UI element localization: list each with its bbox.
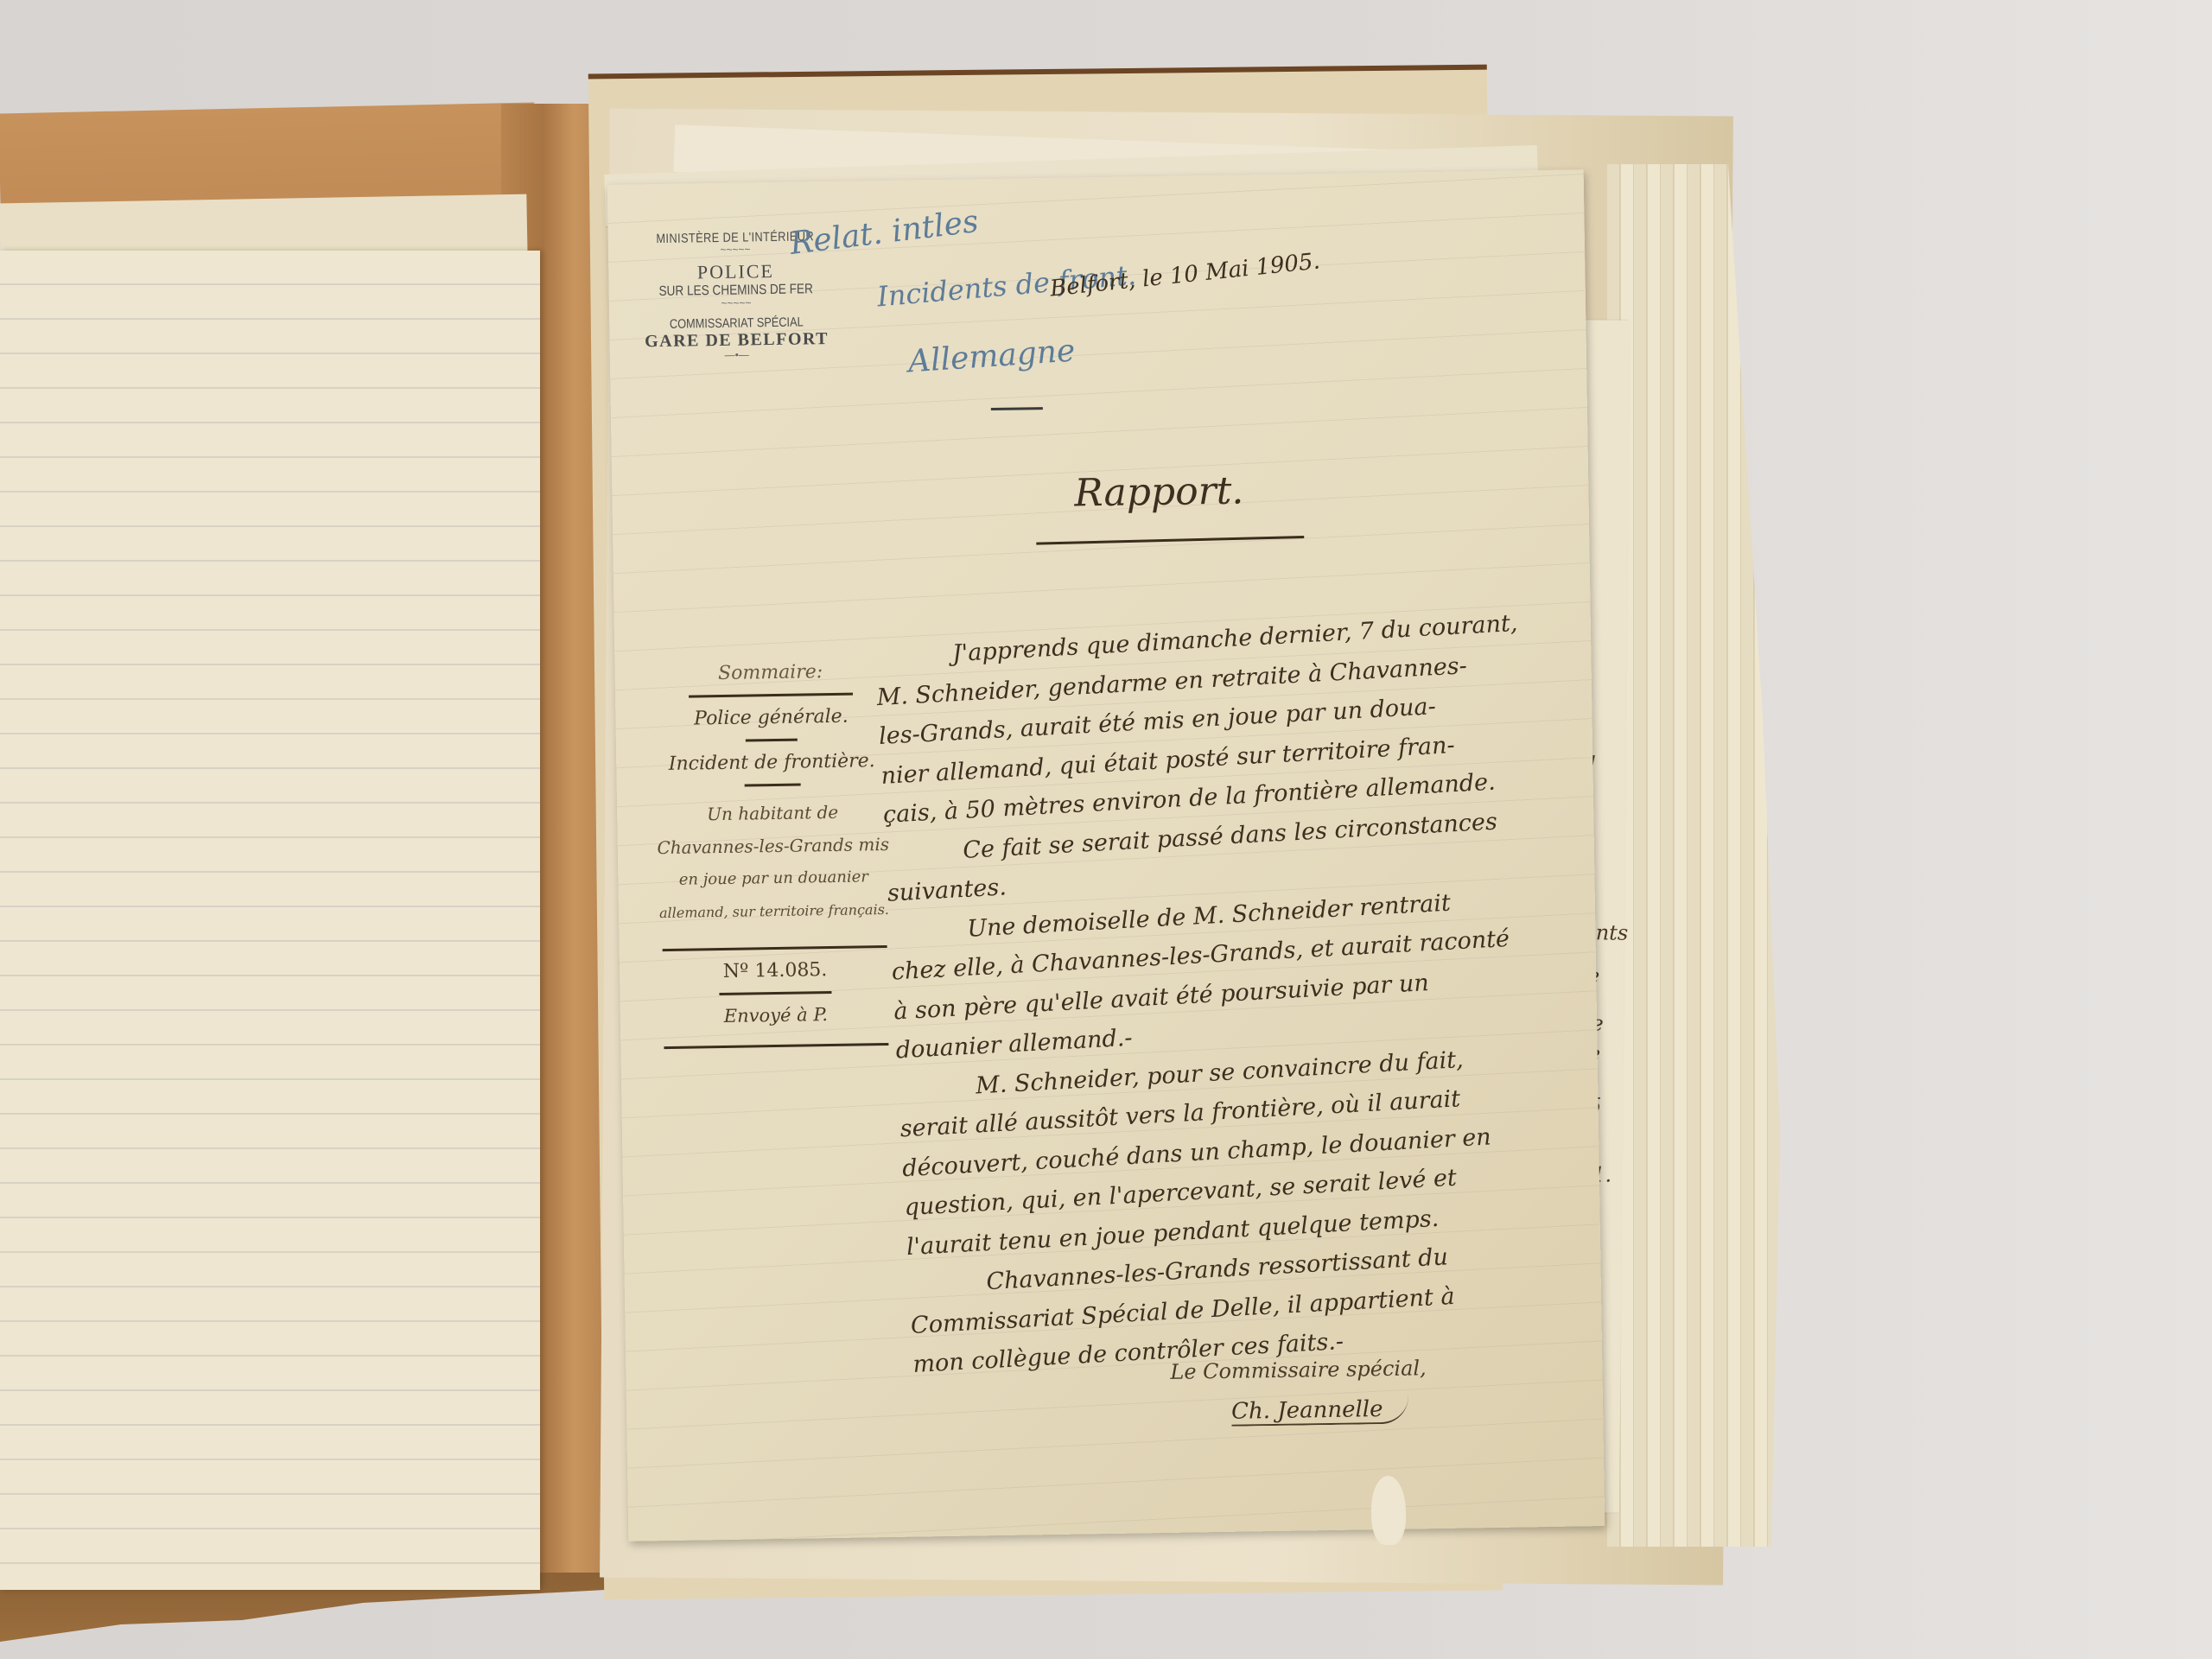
summary-rule — [664, 1043, 888, 1049]
annotation-relations: Relat. intles — [788, 204, 981, 262]
summary-rule — [663, 945, 887, 951]
place-date: Belfort, le 10 Mai 1905. — [1049, 248, 1321, 302]
title-underline — [1036, 536, 1304, 545]
summary-rule — [719, 991, 831, 995]
annotation-country: Allemagne — [907, 333, 1077, 379]
summary-rule — [746, 739, 798, 742]
signature-block: Le Commissaire spécial, Ch. Jeannelle — [1170, 1356, 1427, 1427]
summary-subject: Incident de frontière. — [642, 750, 901, 776]
left-notebook-page — [0, 251, 540, 1590]
report-document: MINISTÈRE DE L'INTÉRIEUR ~~~~~ POLICE SU… — [607, 169, 1605, 1541]
summary-rule — [689, 693, 853, 698]
signatory-title: Le Commissaire spécial, — [1170, 1356, 1427, 1384]
summary-category: Police générale. — [641, 705, 900, 731]
paper-stack-right-edges — [1607, 164, 1780, 1547]
summary-column: Sommaire: Police générale. Incident de f… — [640, 660, 906, 1060]
summary-description-line: allemand, sur territoire français. — [645, 893, 905, 931]
letterhead-police: POLICE — [636, 259, 835, 285]
annotation-underline — [991, 407, 1043, 410]
letterhead-railways: SUR LES CHEMINS DE FER — [652, 282, 821, 300]
letterhead-commissariat: COMMISSARIAT SPÉCIAL — [652, 315, 821, 332]
torn-corner — [1370, 1476, 1406, 1546]
report-body: J'apprends que dimanche dernier, 7 du co… — [874, 601, 1605, 1384]
signature: Ch. Jeannelle — [1231, 1396, 1409, 1427]
summary-rule — [744, 784, 800, 787]
summary-description-line: en joue par un douanier — [644, 861, 904, 898]
report-number: Nº 14.085. — [645, 958, 905, 984]
summary-heading: Sommaire: — [640, 660, 899, 686]
summary-description-line: Chavannes-les-Grands mis — [644, 828, 904, 865]
sent-to: Envoyé à P. — [646, 1003, 906, 1028]
summary-description-line: Un habitant de — [643, 795, 903, 832]
report-title: Rapport. — [1074, 468, 1244, 515]
